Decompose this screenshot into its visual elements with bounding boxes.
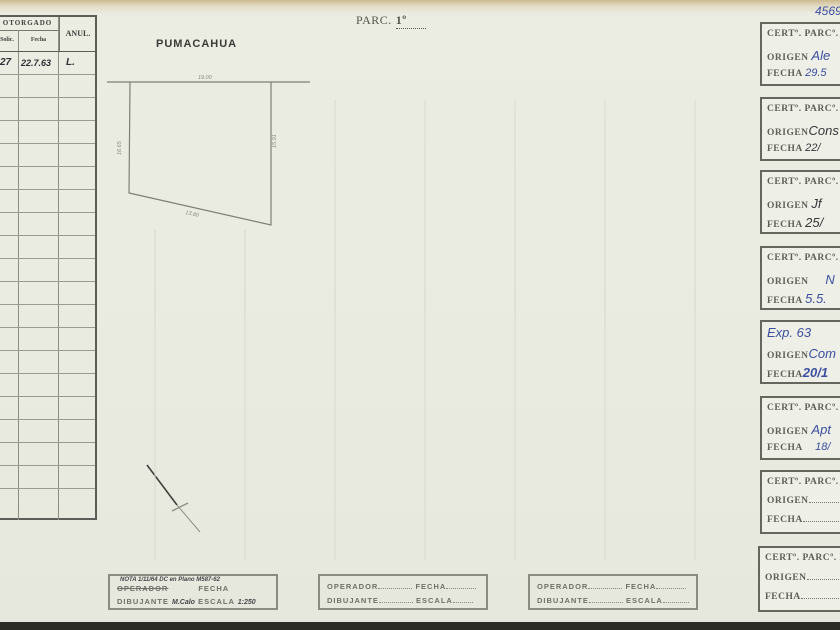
fecha-label: FECHA (767, 370, 803, 380)
drafting-stamp-3: OPERADOR FECHA DIBUJANTE ESCALA (528, 574, 698, 610)
cert-box-4: CERTº. PARCº. ORIGEN N FECHA 5.5. (760, 246, 840, 310)
origen-blank-field (809, 502, 840, 503)
drafting-stamp-1: NOTA 1/11/64 DC en Plano M587-62 OPERADO… (108, 574, 278, 610)
origen-value: Jf (811, 196, 821, 211)
origen-label: ORIGEN (767, 128, 809, 138)
origen-blank-field (807, 579, 840, 580)
fecha-value: 18/ (815, 441, 830, 453)
fecha-label: FECHA (198, 584, 229, 593)
cert-label: CERTº. PARCº. N (767, 477, 840, 487)
origen-label: ORIGEN (767, 53, 809, 63)
fecha-value: 25/ (805, 215, 823, 230)
fecha-value: 20/1 (803, 365, 828, 380)
cert-label: CERTº. PARCº. (767, 104, 839, 114)
fecha-label: FECHA (767, 144, 802, 154)
origen-label: ORIGEN (767, 351, 809, 361)
fecha-value: 22/ (805, 142, 820, 154)
fecha-blank-field (801, 598, 840, 599)
dibujante-label: DIBUJANTE (117, 597, 169, 606)
scan-bottom-edge (0, 622, 840, 630)
fecha-blank-field (803, 521, 840, 522)
cert-label: CERTº. PARCº. (767, 29, 839, 39)
fecha-label: FECHA (765, 592, 801, 602)
handwritten-file-number: 45690 (815, 4, 840, 18)
origen-label: ORIGEN (767, 277, 809, 287)
dibujante-label: DIBUJANTE (537, 596, 589, 605)
fecha-label: FECHA (767, 515, 803, 525)
origen-value: N (825, 272, 834, 287)
origen-label: ORIGEN (767, 201, 809, 211)
dim-bottom: 13.80 (185, 210, 201, 219)
origen-value: Com (809, 346, 836, 361)
lot-plan-drawing: 19.00 16.65 15.91 13.80 (0, 0, 840, 630)
operador-label: OPERADOR (327, 582, 378, 591)
escala-label: ESCALA (416, 596, 453, 605)
dim-top: 19.00 (198, 75, 213, 81)
fecha-label: FECHA (767, 296, 802, 306)
escala-label: ESCALA (626, 596, 663, 605)
drafting-stamp-2: OPERADOR FECHA DIBUJANTE ESCALA (318, 574, 488, 610)
origen-label: ORIGEN (767, 496, 809, 506)
cert-box-8: CERTº. PARCº. N ORIGEN FECHA (758, 546, 840, 612)
cert-box-1: CERTº. PARCº. ORIGEN Ale FECHA 29.5 (760, 22, 840, 86)
origen-label: ORIGEN (767, 427, 809, 437)
cert-box-7: CERTº. PARCº. N ORIGEN FECHA (760, 470, 840, 534)
cert-label: CERTº. PARCº. N (765, 553, 840, 563)
escala-label: ESCALA (198, 597, 235, 606)
cert-label: CERTº. PARCº. (767, 177, 839, 187)
cert-box-2: CERTº. PARCº. ORIGENCons FECHA 22/ (760, 97, 840, 161)
cert-box-5: Exp. 63 ORIGENCom FECHA20/1 (760, 320, 840, 384)
dim-left: 16.65 (117, 140, 123, 155)
fecha-label: FECHA (767, 220, 802, 230)
operador-label: OPERADOR (117, 584, 168, 593)
cert-label: CERTº. PARCº. (767, 403, 839, 413)
escala-value: 1:250 (238, 599, 256, 606)
fecha-value: 29.5 (805, 67, 826, 79)
fecha-label: FECHA (415, 582, 446, 591)
fecha-label: FECHA (767, 443, 802, 453)
operador-label: OPERADOR (537, 582, 588, 591)
fecha-label: FECHA (625, 582, 656, 591)
dibujante-value: M.Calo (172, 599, 195, 606)
stamp-note: NOTA 1/11/64 DC en Plano M587-62 (120, 577, 220, 583)
dibujante-label: DIBUJANTE (327, 596, 379, 605)
fecha-label: FECHA (767, 69, 802, 79)
fecha-value: 5.5. (805, 291, 827, 306)
cert-label: CERTº. PARCº. (767, 253, 839, 263)
cert-box-6: CERTº. PARCº. ORIGEN Apt FECHA 18/ (760, 396, 840, 460)
cert-label-handwritten: Exp. 63 (767, 325, 811, 340)
dim-right: 15.91 (272, 134, 278, 148)
lot-boundary (129, 82, 271, 225)
origen-value: Cons (809, 123, 839, 138)
cert-box-3: CERTº. PARCº. ORIGEN Jf FECHA 25/ (760, 170, 840, 234)
origen-label: ORIGEN (765, 573, 807, 583)
origen-value: Ale (811, 48, 830, 63)
origen-value: Apt (811, 422, 831, 437)
